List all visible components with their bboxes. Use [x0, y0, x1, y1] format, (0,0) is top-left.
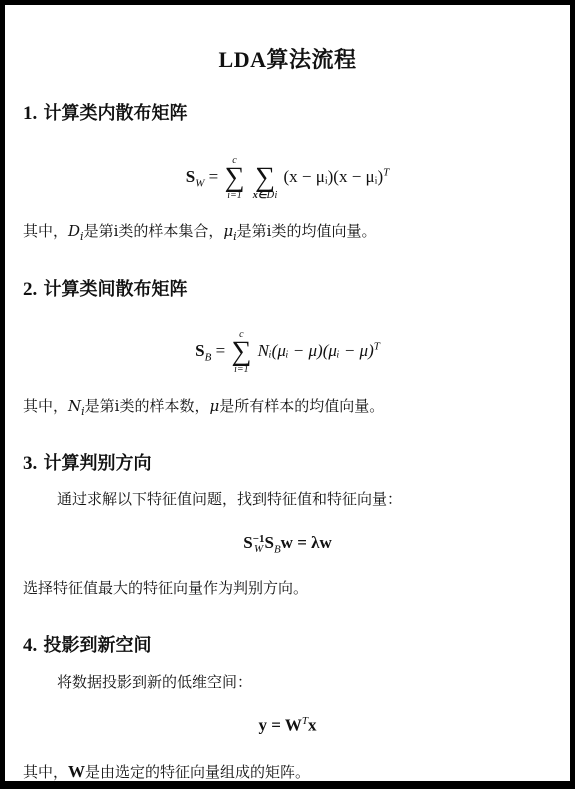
eq-symbol: S [186, 167, 195, 186]
summation: c ∑ i=1 [231, 329, 251, 375]
section-3-note: 选择特征值最大的特征向量作为判别方向。 [23, 577, 308, 598]
section-number: 3. [23, 453, 37, 474]
equation-within-class-scatter: SW = c ∑ i=1 ∑ x∈Di (x − μᵢ)(x − μᵢ)T [5, 155, 570, 201]
sum-lower: x∈Di [253, 190, 278, 201]
eq-body: Nᵢ(μᵢ − μ)(μᵢ − μ) [258, 341, 374, 360]
eq-symbol: S [195, 341, 204, 360]
eq-subscript: B [205, 351, 212, 363]
eq-body: (x − μᵢ)(x − μᵢ) [284, 167, 384, 186]
equation-projection: y = WTx [5, 715, 570, 736]
section-3-intro: 通过求解以下特征值问题，找到特征值和特征向量： [57, 488, 402, 509]
equation-between-class-scatter: SB = c ∑ i=1 Nᵢ(μᵢ − μ)(μᵢ − μ)T [5, 329, 570, 375]
section-title: 计算类内散布矩阵 [44, 103, 188, 124]
section-4-intro: 将数据投影到新的低维空间： [57, 671, 252, 692]
equation-eigenproblem: S−1WSBw = λw [5, 533, 570, 555]
eq-subscript: W [195, 177, 204, 189]
section-1-note: 其中，Di是第i类的样本集合，μi是第i类的均值向量。 [23, 220, 376, 243]
section-number: 2. [23, 279, 37, 300]
sigma-icon: ∑ [225, 166, 245, 190]
section-title: 投影到新空间 [44, 635, 152, 656]
sum-lower: i=1 [234, 364, 249, 375]
section-number: 1. [23, 103, 37, 124]
section-title: 计算判别方向 [44, 453, 152, 474]
sum-lower: i=1 [227, 190, 242, 201]
section-number: 4. [23, 635, 37, 656]
eq-superscript: T [383, 166, 389, 178]
sigma-icon: ∑ [231, 340, 251, 364]
section-4-heading: 4. 投影到新空间 [23, 631, 152, 657]
section-2-heading: 2. 计算类间散布矩阵 [23, 275, 188, 301]
section-title: 计算类间散布矩阵 [44, 279, 188, 300]
section-1-heading: 1. 计算类内散布矩阵 [23, 99, 188, 125]
summation: ∑ x∈Di [253, 155, 278, 201]
section-2-note: 其中，Ni是第i类的样本数，μ是所有样本的均值向量。 [23, 395, 384, 418]
section-4-note: 其中，W是由选定的特征向量组成的矩阵。 [23, 761, 310, 782]
document-page: LDA算法流程 1. 计算类内散布矩阵 SW = c ∑ i=1 ∑ x∈Di … [5, 5, 570, 781]
document-title: LDA算法流程 [5, 43, 570, 74]
summation: c ∑ i=1 [225, 155, 245, 201]
sigma-icon: ∑ [255, 166, 275, 190]
eq-superscript: T [374, 340, 380, 352]
section-3-heading: 3. 计算判别方向 [23, 449, 152, 475]
